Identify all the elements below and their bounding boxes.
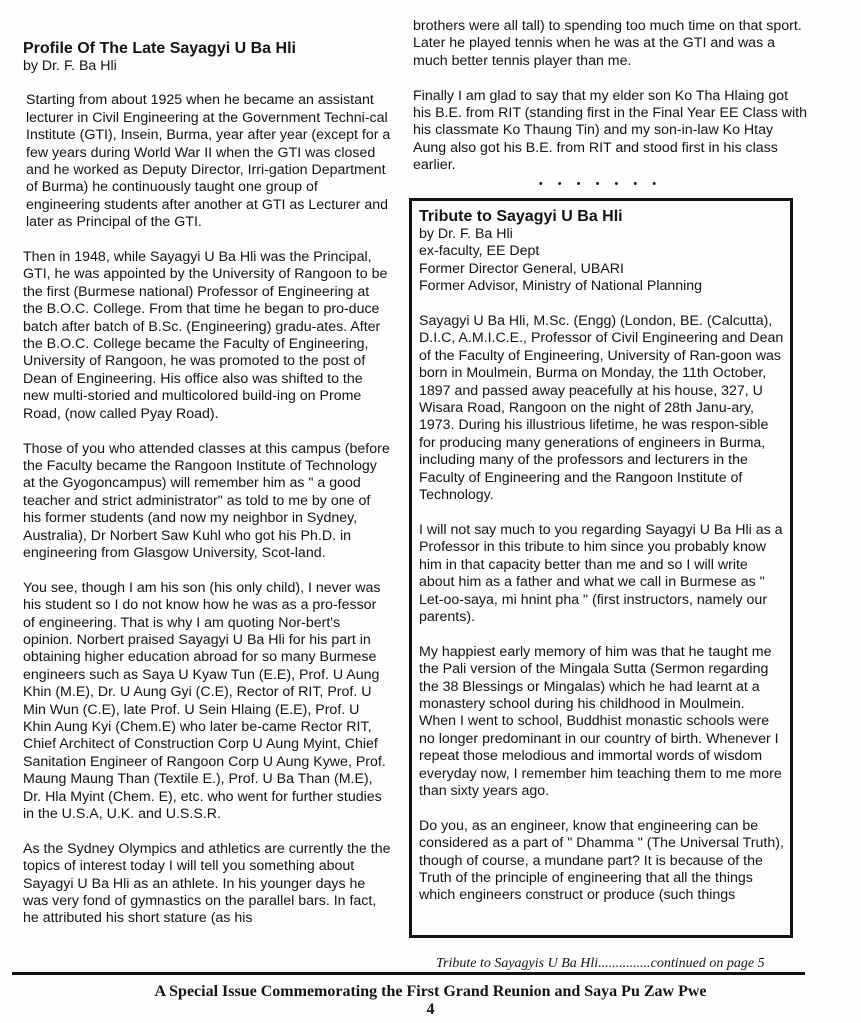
article-byline: by Dr. F. Ba Hli xyxy=(23,58,391,75)
article-title: Profile Of The Late Sayagyi U Ba Hli xyxy=(23,40,391,58)
author-credential: Former Advisor, Ministry of National Pla… xyxy=(419,278,784,295)
tribute-paragraph: My happiest early memory of him was that… xyxy=(419,644,784,801)
tribute-title: Tribute to Sayagyi U Ba Hli xyxy=(419,208,784,226)
section-separator-dots: • • • • • • • xyxy=(413,177,808,191)
tribute-paragraph: Sayagyi U Ba Hli, M.Sc. (Engg) (London, … xyxy=(419,313,784,504)
profile-article-continued: brothers were all tall) to spending too … xyxy=(413,18,808,205)
continuation-note: Tribute to Sayagyis U Ba Hli............… xyxy=(436,956,806,972)
page-footer: A Special Issue Commemorating the First … xyxy=(0,983,861,1019)
issue-title: A Special Issue Commemorating the First … xyxy=(0,983,861,1001)
article-paragraph: brothers were all tall) to spending too … xyxy=(413,18,808,70)
article-paragraph: Finally I am glad to say that my elder s… xyxy=(413,88,808,175)
article-paragraph: As the Sydney Olympics and athletics are… xyxy=(23,841,391,928)
profile-article: Profile Of The Late Sayagyi U Ba Hli by … xyxy=(23,40,391,945)
author-credential: Former Director General, UBARI xyxy=(419,261,784,278)
article-paragraph: Those of you who attended classes at thi… xyxy=(23,441,391,563)
article-paragraph: Then in 1948, while Sayagyi U Ba Hli was… xyxy=(23,249,391,423)
article-paragraph: Starting from about 1925 when he became … xyxy=(23,92,391,231)
page-number: 4 xyxy=(0,1001,861,1019)
footer-divider xyxy=(12,972,805,975)
article-paragraph: You see, though I am his son (his only c… xyxy=(23,580,391,824)
author-credential: ex-faculty, EE Dept xyxy=(419,243,784,260)
tribute-paragraph: I will not say much to you regarding Say… xyxy=(419,522,784,626)
tribute-paragraph: Do you, as an engineer, know that engine… xyxy=(419,818,784,905)
tribute-byline: by Dr. F. Ba Hli xyxy=(419,226,784,243)
tribute-box: Tribute to Sayagyi U Ba Hli by Dr. F. Ba… xyxy=(409,198,793,938)
